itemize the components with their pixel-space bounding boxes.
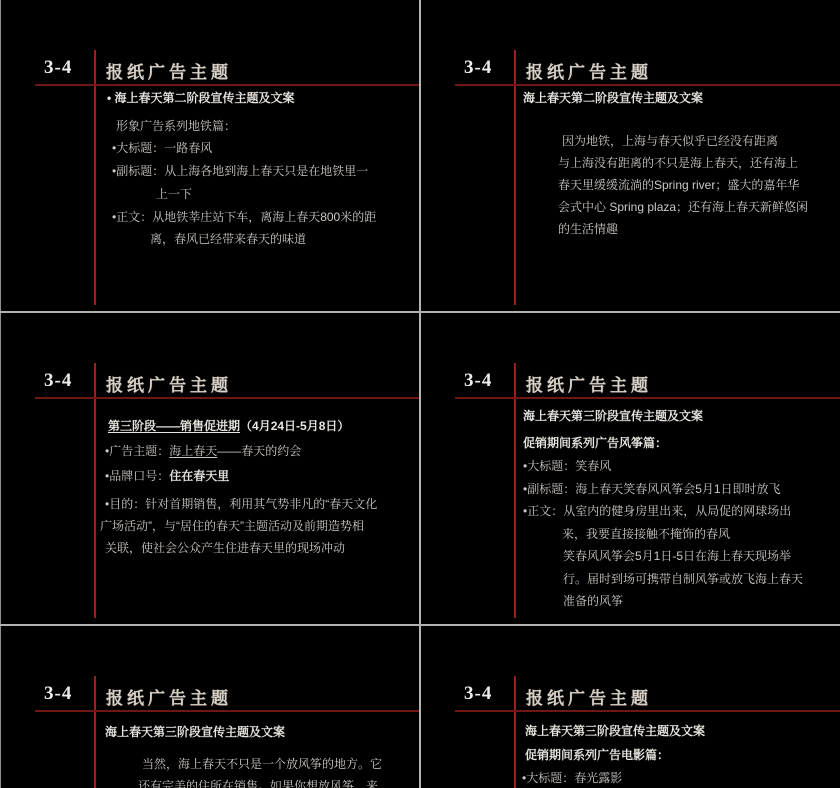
text-segment: 第三阶段——销售促进期 — [108, 419, 240, 433]
page-number-label: 3-4 — [464, 57, 492, 79]
text-segment: 海上春天第三阶段宣传主题及文案 — [523, 409, 703, 423]
slide-thumbnail-4[interactable]: 3-4 报纸广告主题 海上春天第三阶段宣传主题及文案促销期间系列广告风筝篇：•大… — [420, 313, 840, 624]
text-segment: •目的：针对首期销售，利用其气势非凡的“春天文化 — [105, 497, 377, 511]
slide-thumbnail-2[interactable]: 3-4 报纸广告主题 海上春天第二阶段宣传主题及文案因为地铁，上海与春天似乎已经… — [420, 0, 840, 311]
page-number-label: 3-4 — [464, 683, 492, 705]
text-segment: 与上海没有距离的不只是海上春天，还有海上 — [558, 156, 798, 170]
text-line: 第三阶段——销售促进期（4月24日-5月8日） — [100, 418, 416, 434]
text-segment: •品牌口号： — [105, 469, 169, 483]
slide-title: 报纸广告主题 — [106, 58, 232, 83]
page-number-label: 3-4 — [44, 57, 72, 79]
text-line: •广告主题：海上春天——春天的约会 — [100, 443, 416, 459]
text-line: 因为地铁，上海与春天似乎已经没有距离 — [520, 133, 836, 149]
title-divider-horizontal — [35, 397, 420, 399]
slide-body: 海上春天第二阶段宣传主题及文案因为地铁，上海与春天似乎已经没有距离与上海没有距离… — [520, 90, 836, 237]
text-line: •品牌口号：住在春天里 — [100, 468, 416, 484]
slide-body: 第三阶段——销售促进期（4月24日-5月8日）•广告主题：海上春天——春天的约会… — [100, 403, 416, 556]
text-line: • 海上春天第二阶段宣传主题及文案 — [100, 90, 416, 106]
title-divider-horizontal — [455, 84, 840, 86]
text-segment: 促销期间系列广告电影篇： — [525, 748, 669, 762]
slide-title: 报纸广告主题 — [106, 684, 232, 709]
text-line: •大标题：一路春风 — [100, 140, 416, 156]
text-segment: 广场活动”，与“居住的春天”主题活动及前期造势相 — [100, 519, 364, 533]
title-divider-horizontal — [35, 710, 420, 712]
text-segment: 会式中心 Spring plaza；还有海上春天新鲜悠闲 — [558, 200, 808, 214]
slide-thumbnail-6[interactable]: 3-4 报纸广告主题 海上春天第三阶段宣传主题及文案促销期间系列广告电影篇：•大… — [420, 626, 840, 788]
text-segment: 关联，使社会公众产生住进春天里的现场冲动 — [105, 541, 345, 555]
slide-body: 海上春天第三阶段宣传主题及文案当然，海上春天不只是一个放风筝的地方。它还有完美的… — [100, 716, 416, 788]
text-segment: 因为地铁，上海与春天似乎已经没有距离 — [562, 134, 778, 148]
text-line: 准备的风筝 — [520, 593, 836, 609]
slide-grid: 3-4 报纸广告主题 • 海上春天第二阶段宣传主题及文案形象广告系列地铁篇：•大… — [0, 0, 840, 788]
text-line: 促销期间系列广告风筝篇： — [520, 435, 836, 451]
text-segment: •副标题：从上海各地到海上春天只是在地铁里一 — [112, 164, 368, 178]
text-segment: •广告主题： — [105, 444, 169, 458]
slide-thumbnail-1[interactable]: 3-4 报纸广告主题 • 海上春天第二阶段宣传主题及文案形象广告系列地铁篇：•大… — [0, 0, 420, 311]
title-divider-horizontal — [455, 710, 840, 712]
text-segment: 海上春天第三阶段宣传主题及文案 — [105, 725, 285, 739]
slide-body: 海上春天第三阶段宣传主题及文案促销期间系列广告风筝篇：•大标题：笑春风•副标题：… — [520, 403, 836, 609]
grid-divider-horizontal-2 — [0, 624, 840, 626]
text-line: 海上春天第二阶段宣传主题及文案 — [520, 90, 836, 106]
title-divider-vertical — [514, 50, 516, 305]
slide-body: • 海上春天第二阶段宣传主题及文案形象广告系列地铁篇：•大标题：一路春风•副标题… — [100, 90, 416, 247]
text-segment: 的生活情趣 — [558, 222, 618, 236]
title-divider-vertical — [514, 363, 516, 618]
text-segment: 上一下 — [156, 187, 192, 201]
text-segment: •正文：从地铁莘庄站下车，离海上春天800米的距 — [112, 210, 376, 224]
text-line: •正文：从室内的健身房里出来，从局促的网球场出 — [520, 503, 836, 519]
slide-title: 报纸广告主题 — [526, 371, 652, 396]
text-segment: 准备的风筝 — [563, 594, 623, 608]
text-segment: 海上春天 — [169, 444, 217, 458]
title-divider-vertical — [94, 50, 96, 305]
text-line: 来，我要直接接触不掩饰的春风 — [520, 526, 836, 542]
text-segment: •正文：从室内的健身房里出来，从局促的网球场出 — [523, 504, 791, 518]
title-divider-horizontal — [35, 84, 420, 86]
text-line: 海上春天第三阶段宣传主题及文案 — [520, 408, 836, 424]
text-segment: 海上春天第三阶段宣传主题及文案 — [525, 724, 705, 738]
text-segment: 海上春天第二阶段宣传主题及文案 — [523, 91, 703, 105]
text-segment: 当然，海上春天不只是一个放风筝的地方。它 — [142, 757, 382, 771]
text-segment: （4月24日-5月8日） — [240, 419, 349, 433]
slide-title: 报纸广告主题 — [106, 371, 232, 396]
text-line: •大标题：笑春风 — [520, 458, 836, 474]
text-segment: 还有完美的住所在销售。如果你想放风筝，来 — [138, 779, 378, 788]
grid-divider-vertical — [419, 0, 421, 788]
text-line: 促销期间系列广告电影篇： — [520, 747, 836, 763]
text-line: 的生活情趣 — [520, 221, 836, 237]
text-line: 春天里缓缓流淌的Spring river；盛大的嘉年华 — [520, 177, 836, 193]
text-segment: •大标题：春光露影 — [522, 771, 622, 785]
text-segment: 离，春风已经带来春天的味道 — [150, 232, 306, 246]
page-number-label: 3-4 — [44, 683, 72, 705]
text-segment: 来，我要直接接触不掩饰的春风 — [562, 527, 730, 541]
text-segment: 住在春天里 — [169, 469, 229, 483]
text-line: 形象广告系列地铁篇： — [100, 118, 416, 134]
text-segment: 笑春风风筝会5月1日-5日在海上春天现场举 — [563, 549, 791, 563]
title-divider-vertical — [94, 363, 96, 618]
text-segment: 促销期间系列广告风筝篇： — [523, 436, 667, 450]
text-line: •目的：针对首期销售，利用其气势非凡的“春天文化 — [100, 496, 416, 512]
text-line: 广场活动”，与“居住的春天”主题活动及前期造势相 — [100, 518, 416, 534]
text-line: 行。届时到场可携带自制风筝或放飞海上春天 — [520, 571, 836, 587]
text-line: 海上春天第三阶段宣传主题及文案 — [100, 724, 416, 740]
text-line: 海上春天第三阶段宣传主题及文案 — [520, 723, 836, 739]
grid-divider-horizontal-1 — [0, 311, 840, 313]
text-segment: •大标题：一路春风 — [112, 141, 212, 155]
slide-title: 报纸广告主题 — [526, 684, 652, 709]
text-line: 还有完美的住所在销售。如果你想放风筝，来 — [100, 778, 416, 788]
text-line: •大标题：春光露影 — [520, 770, 836, 786]
text-segment: 形象广告系列地铁篇： — [116, 119, 236, 133]
page-number-label: 3-4 — [44, 370, 72, 392]
slide-title: 报纸广告主题 — [526, 58, 652, 83]
slide-body: 海上春天第三阶段宣传主题及文案促销期间系列广告电影篇：•大标题：春光露影 — [520, 716, 836, 786]
text-line: 上一下 — [100, 186, 416, 202]
text-line: 会式中心 Spring plaza；还有海上春天新鲜悠闲 — [520, 199, 836, 215]
text-line: 当然，海上春天不只是一个放风筝的地方。它 — [100, 756, 416, 772]
text-line: 笑春风风筝会5月1日-5日在海上春天现场举 — [520, 548, 836, 564]
text-line: 与上海没有距离的不只是海上春天，还有海上 — [520, 155, 836, 171]
text-line: •副标题：从上海各地到海上春天只是在地铁里一 — [100, 163, 416, 179]
left-edge-line — [0, 0, 1, 788]
slide-thumbnail-3[interactable]: 3-4 报纸广告主题 第三阶段——销售促进期（4月24日-5月8日）•广告主题：… — [0, 313, 420, 624]
title-divider-horizontal — [455, 397, 840, 399]
page-number-label: 3-4 — [464, 370, 492, 392]
text-line: 离，春风已经带来春天的味道 — [100, 231, 416, 247]
title-divider-vertical — [514, 676, 516, 788]
text-segment: • 海上春天第二阶段宣传主题及文案 — [107, 91, 295, 105]
text-line: 关联，使社会公众产生住进春天里的现场冲动 — [100, 540, 416, 556]
text-line: •正文：从地铁莘庄站下车，离海上春天800米的距 — [100, 209, 416, 225]
text-segment: •大标题：笑春风 — [523, 459, 611, 473]
text-segment: 春天里缓缓流淌的Spring river；盛大的嘉年华 — [558, 178, 799, 192]
text-segment: 行。届时到场可携带自制风筝或放飞海上春天 — [563, 572, 803, 586]
title-divider-vertical — [94, 676, 96, 788]
slide-thumbnail-5[interactable]: 3-4 报纸广告主题 海上春天第三阶段宣传主题及文案当然，海上春天不只是一个放风… — [0, 626, 420, 788]
text-segment: ——春天的约会 — [217, 444, 301, 458]
text-line: •副标题：海上春天笑春风风筝会5月1日即时放飞 — [520, 481, 836, 497]
text-segment: •副标题：海上春天笑春风风筝会5月1日即时放飞 — [523, 482, 781, 496]
